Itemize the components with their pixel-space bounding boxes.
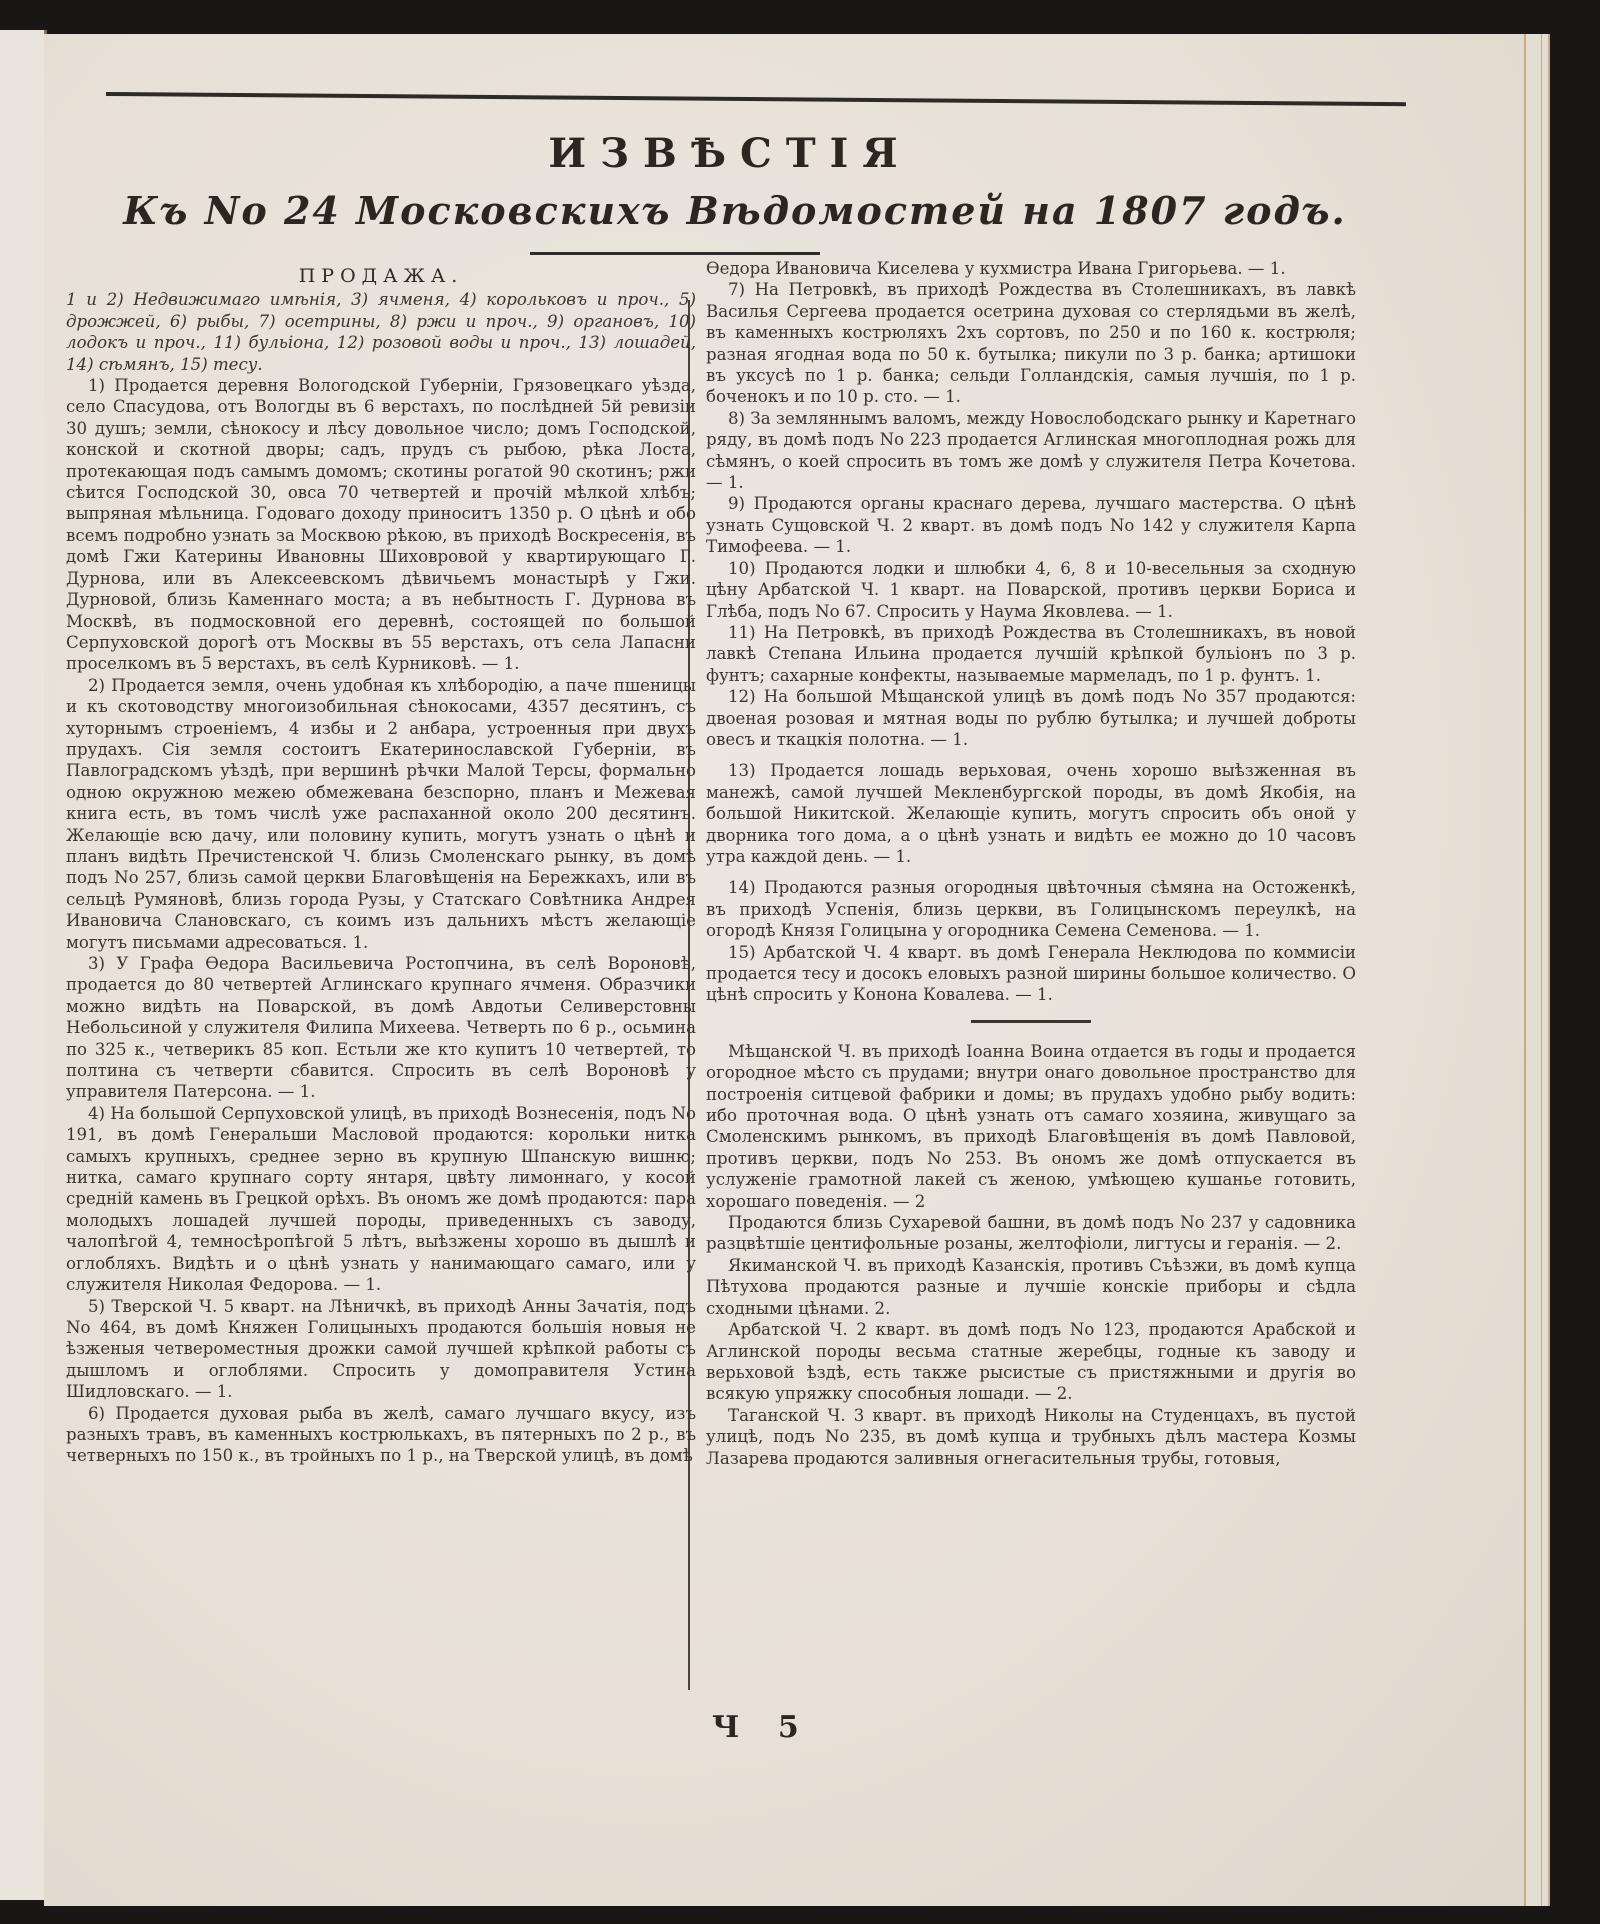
category-index: 1 и 2) Недвижимаго имѣнія, 3) ячменя, 4)… xyxy=(66,289,696,375)
notice-6-continued: Ѳедора Ивановича Киселева у кухмистра Ив… xyxy=(706,258,1356,279)
notice-3: 3) У Графа Ѳедора Васильевича Ростопчина… xyxy=(66,953,696,1103)
page-stack-edge xyxy=(1524,34,1550,1906)
section-heading-sale: ПРОДАЖА. xyxy=(66,266,696,287)
notice-15: 15) Арбатской Ч. 4 кварт. въ домѣ Генера… xyxy=(706,942,1356,1006)
page-title: ИЗВѢСТІЯ xyxy=(0,130,1460,177)
notice-9: 9) Продаются органы краснаго дерева, луч… xyxy=(706,493,1356,557)
notice-2: 2) Продается земля, очень удобная къ хлѣ… xyxy=(66,675,696,953)
notice-sukhareva: Продаются близь Сухаревой башни, въ домѣ… xyxy=(706,1212,1356,1255)
notice-1: 1) Продается деревня Вологодской Губерні… xyxy=(66,375,696,675)
notice-5: 5) Тверской Ч. 5 кварт. на Лѣничкѣ, въ п… xyxy=(66,1296,696,1403)
notice-6: 6) Продается духовая рыба въ желѣ, самаг… xyxy=(66,1403,696,1467)
notice-yakimanskaya: Якиманской Ч. въ приходѣ Казанскія, прот… xyxy=(706,1255,1356,1319)
left-column: ПРОДАЖА. 1 и 2) Недвижимаго имѣнія, 3) я… xyxy=(66,258,696,1467)
section-separator-rule xyxy=(971,1020,1091,1023)
notice-13: 13) Продается лошадь верьховая, очень хо… xyxy=(706,760,1356,867)
printer-signature-mark: Ч 5 xyxy=(712,1710,813,1745)
page-subtitle: Къ No 24 Московскихъ Вѣдомостей на 1807 … xyxy=(0,188,1470,233)
notice-7: 7) На Петровкѣ, въ приходѣ Рождества въ … xyxy=(706,279,1356,407)
notice-8: 8) За земляннымъ валомъ, между Новослобо… xyxy=(706,408,1356,494)
header-bottom-rule xyxy=(530,252,820,255)
right-column: Ѳедора Ивановича Киселева у кухмистра Ив… xyxy=(706,258,1356,1469)
notice-14: 14) Продаются разныя огородныя цвѣточныя… xyxy=(706,877,1356,941)
notice-arbatskaya: Арбатской Ч. 2 кварт. въ домѣ подъ No 12… xyxy=(706,1319,1356,1405)
page-stack-edge-line xyxy=(1541,34,1542,1906)
notice-10: 10) Продаются лодки и шлюбки 4, 6, 8 и 1… xyxy=(706,558,1356,622)
notice-4: 4) На большой Серпуховской улицѣ, въ при… xyxy=(66,1103,696,1296)
notice-12: 12) На большой Мѣщанской улицѣ въ домѣ п… xyxy=(706,686,1356,750)
notice-taganskaya: Таганской Ч. 3 кварт. въ приходѣ Николы … xyxy=(706,1405,1356,1469)
previous-page-edge xyxy=(0,30,47,1900)
notice-meshchanskaya: Мѣщанской Ч. въ приходѣ Іоанна Воина отд… xyxy=(706,1041,1356,1212)
notice-11: 11) На Петровкѣ, въ приходѣ Рождества въ… xyxy=(706,622,1356,686)
